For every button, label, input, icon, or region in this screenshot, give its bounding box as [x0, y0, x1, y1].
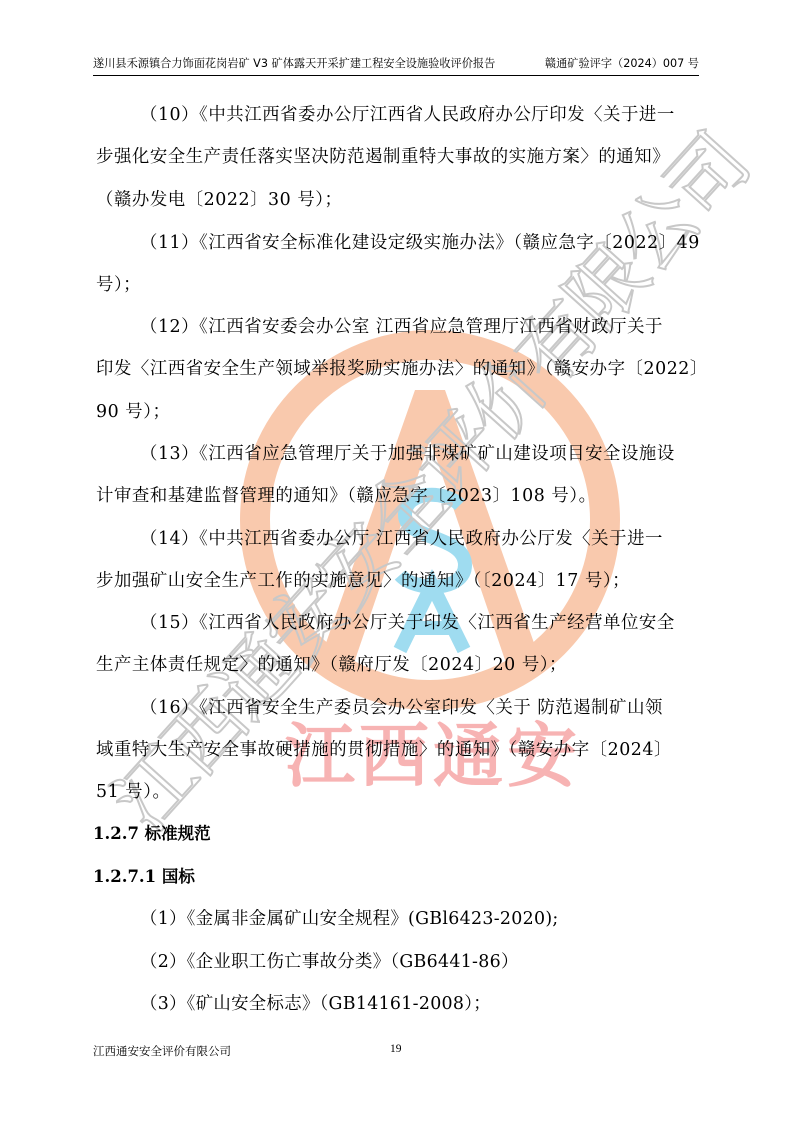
- standard-item-3: （3）《矿山安全标志》（GB14161-2008）；: [140, 993, 740, 1015]
- document-page: 遂川县禾源镇合力饰面花岗岩矿 V3 矿体露天开采扩建工程安全设施验收评价报告 赣…: [0, 0, 793, 1122]
- standard-item-2: （2）《企业职工伤亡事故分类》（GB6441-86）: [140, 951, 740, 973]
- reference-11-line-1: （11）《江西省安全标准化建设定级实施办法》（赣应急字〔2022〕49: [140, 232, 740, 254]
- reference-12-line-3: 90 号）；: [96, 401, 696, 423]
- reference-10-line-1: （10）《中共江西省委办公厅江西省人民政府办公厅印发〈关于进一: [140, 104, 740, 126]
- page-header: 遂川县禾源镇合力饰面花岗岩矿 V3 矿体露天开采扩建工程安全设施验收评价报告 赣…: [93, 55, 699, 76]
- reference-10-line-2: 步强化安全生产责任落实坚决防范遏制重特大事故的实施方案〉的通知》: [96, 146, 696, 168]
- reference-12-line-2: 印发〈江西省安全生产领域举报奖励实施办法〉的通知》（赣安办字〔2022〕: [96, 358, 696, 380]
- reference-16-line-3: 51 号）。: [96, 781, 696, 803]
- reference-11-line-2: 号）；: [96, 274, 696, 296]
- footer-company-name: 江西通安安全评价有限公司: [93, 1043, 231, 1059]
- reference-16-line-2: 域重特大生产安全事故硬措施的贯彻措施〉的通知》（赣安办字〔2024〕: [96, 739, 696, 761]
- reference-12-line-1: （12）《江西省安委会办公室 江西省应急管理厅江西省财政厅关于: [140, 316, 740, 338]
- reference-13-line-1: （13）《江西省应急管理厅关于加强非煤矿矿山建设项目安全设施设: [140, 443, 740, 465]
- subsection-heading: 1.2.7.1 国标: [93, 866, 195, 888]
- reference-15-line-1: （15）《江西省人民政府办公厅关于印发〈江西省生产经营单位安全: [140, 612, 740, 634]
- document-number: 赣通矿验评字（2024）007 号: [545, 55, 699, 73]
- reference-14-line-2: 步加强矿山安全生产工作的实施意见〉的通知》（〔2024〕17 号）；: [96, 570, 696, 592]
- reference-13-line-2: 计审查和基建监督管理的通知》（赣应急字〔2023〕108 号）。: [96, 485, 696, 507]
- reference-15-line-2: 生产主体责任规定〉的通知》（赣府厅发〔2024〕20 号）；: [96, 654, 696, 676]
- reference-16-line-1: （16）《江西省安全生产委员会办公室印发〈关于 防范遏制矿山领: [140, 697, 740, 719]
- standard-item-1: （1）《金属非金属矿山安全规程》(GBl6423-2020);: [140, 908, 740, 930]
- section-heading: 1.2.7 标准规范: [93, 823, 211, 845]
- page-number: 19: [390, 1043, 402, 1055]
- reference-10-line-3: （赣办发电〔2022〕30 号）；: [96, 189, 696, 211]
- report-title: 遂川县禾源镇合力饰面花岗岩矿 V3 矿体露天开采扩建工程安全设施验收评价报告: [93, 55, 495, 73]
- reference-14-line-1: （14）《中共江西省委办公厅 江西省人民政府办公厅发〈关于进一: [140, 528, 740, 550]
- watermark-logo-ring: [255, 345, 605, 695]
